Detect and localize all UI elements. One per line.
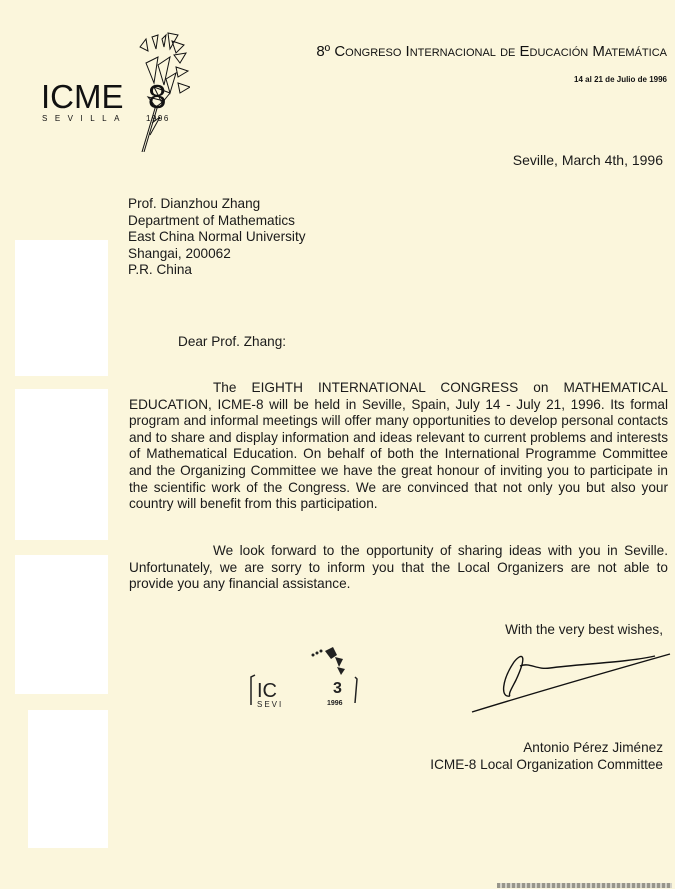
stamp-year: 1996 xyxy=(327,700,343,707)
stamp-text-bottom: SEVI xyxy=(257,700,283,709)
congress-title: 8º Congreso Internacional de Educación M… xyxy=(316,43,667,60)
address-line: Department of Mathematics xyxy=(128,213,306,230)
congress-dates: 14 al 21 de Julio de 1996 xyxy=(574,75,667,84)
redaction-block xyxy=(15,240,108,376)
signer-name: Antonio Pérez Jiménez xyxy=(523,740,663,755)
closing: With the very best wishes, xyxy=(505,622,663,637)
logo-city: SEVILLA xyxy=(42,114,127,123)
letter-date: Seville, March 4th, 1996 xyxy=(513,152,663,168)
stamp-number: 3 xyxy=(333,680,342,697)
address-line: P.R. China xyxy=(128,262,306,279)
logo-wordmark: ICME xyxy=(41,80,124,113)
address-line: East China Normal University xyxy=(128,229,306,246)
redaction-block xyxy=(28,710,108,848)
address-line: Prof. Dianzhou Zhang xyxy=(128,196,306,213)
redaction-block xyxy=(15,555,108,694)
signer-title: ICME-8 Local Organization Committee xyxy=(430,757,663,772)
salutation: Dear Prof. Zhang: xyxy=(178,334,286,349)
stamp-text-top: IC xyxy=(257,680,277,702)
redaction-block xyxy=(15,389,108,540)
recipient-address: Prof. Dianzhou Zhang Department of Mathe… xyxy=(128,196,306,279)
paragraph-text: The EIGHTH INTERNATIONAL CONGRESS on MAT… xyxy=(129,380,668,511)
signature xyxy=(470,640,675,720)
body-paragraph: We look forward to the opportunity of sh… xyxy=(129,543,668,593)
logo-number: 8 xyxy=(148,80,166,113)
footer-print-strip xyxy=(497,883,672,888)
paragraph-text: We look forward to the opportunity of sh… xyxy=(129,543,668,591)
official-stamp: IC SEVI 3 1996 xyxy=(245,645,365,725)
logo-year: 1996 xyxy=(146,114,170,123)
address-line: Shangai, 200062 xyxy=(128,246,306,263)
body-paragraph: The EIGHTH INTERNATIONAL CONGRESS on MAT… xyxy=(129,380,668,513)
